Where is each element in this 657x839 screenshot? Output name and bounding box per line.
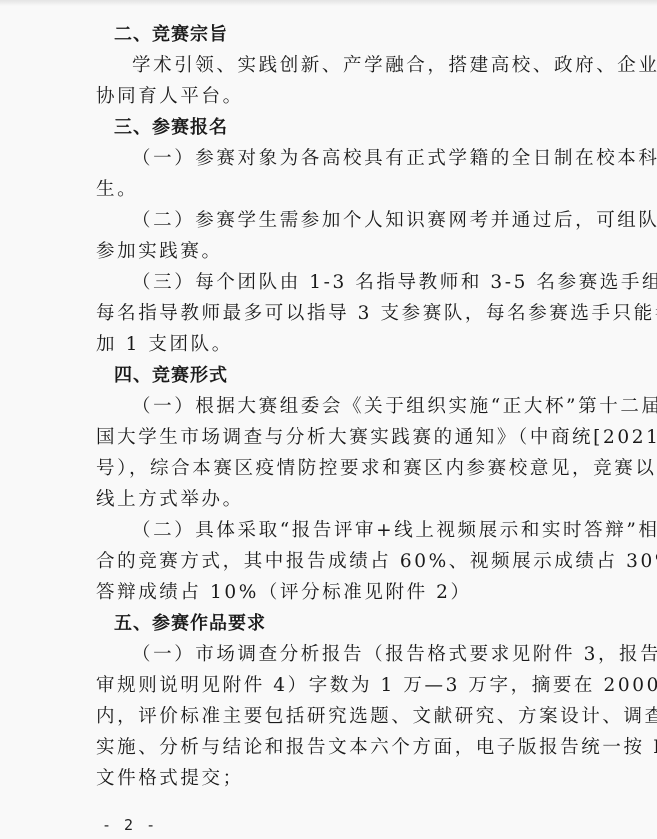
paragraph-line: 学术引领、实践创新、产学融合，搭建高校、政府、企业 xyxy=(96,50,574,81)
paragraph-line: 合的竞赛方式，其中报告成绩占 60%、视频展示成绩占 30%、 xyxy=(96,546,574,577)
paragraph-line: 答辩成绩占 10%（评分标准见附件 2） xyxy=(96,577,574,608)
section-heading-submission-requirements: 五、参赛作品要求 xyxy=(96,608,592,639)
paragraph-line: （二）具体采取“报告评审+线上视频展示和实时答辩”相结 xyxy=(96,515,574,546)
section-heading-registration: 三、参赛报名 xyxy=(96,112,592,143)
paragraph-line: 国大学生市场调查与分析大赛实践赛的通知》（中商统[2021]22 xyxy=(96,422,574,453)
paragraph-line: （二）参赛学生需参加个人知识赛网考并通过后，可组队 xyxy=(96,205,574,236)
paragraph-line: 审规则说明见附件 4）字数为 1 万—3 万字，摘要在 2000 字以 xyxy=(96,670,574,701)
paragraph-line: （三）每个团队由 1-3 名指导教师和 3-5 名参赛选手组成， xyxy=(96,267,574,298)
viewer-top-shadow xyxy=(0,0,657,6)
paragraph-line: （一）市场调查分析报告（报告格式要求见附件 3，报告评 xyxy=(96,639,574,670)
page-number: - 2 - xyxy=(102,816,157,834)
paragraph-line: 生。 xyxy=(96,174,574,205)
paragraph-line: （一）根据大赛组委会《关于组织实施“正大杯”第十二届全 xyxy=(96,391,574,422)
paragraph-line: 内，评价标准主要包括研究选题、文献研究、方案设计、调查 xyxy=(96,701,574,732)
section-heading-purpose: 二、竞赛宗旨 xyxy=(96,19,592,50)
document-page: 二、竞赛宗旨 学术引领、实践创新、产学融合，搭建高校、政府、企业 协同育人平台。… xyxy=(96,19,576,794)
paragraph-line: 文件格式提交； xyxy=(96,763,574,794)
paragraph-line: 参加实践赛。 xyxy=(96,236,574,267)
paragraph-line: （一）参赛对象为各高校具有正式学籍的全日制在校本科 xyxy=(96,143,574,174)
paragraph-line: 每名指导教师最多可以指导 3 支参赛队，每名参赛选手只能参 xyxy=(96,298,574,329)
paragraph-line: 号），综合本赛区疫情防控要求和赛区内参赛校意见，竞赛以 xyxy=(96,453,574,484)
paragraph-line: 线上方式举办。 xyxy=(96,484,574,515)
paragraph-line: 实施、分析与结论和报告文本六个方面，电子版报告统一按 PDF xyxy=(96,732,574,763)
paragraph-line: 协同育人平台。 xyxy=(96,81,574,112)
section-heading-format: 四、竞赛形式 xyxy=(96,360,592,391)
paragraph-line: 加 1 支团队。 xyxy=(96,329,574,360)
